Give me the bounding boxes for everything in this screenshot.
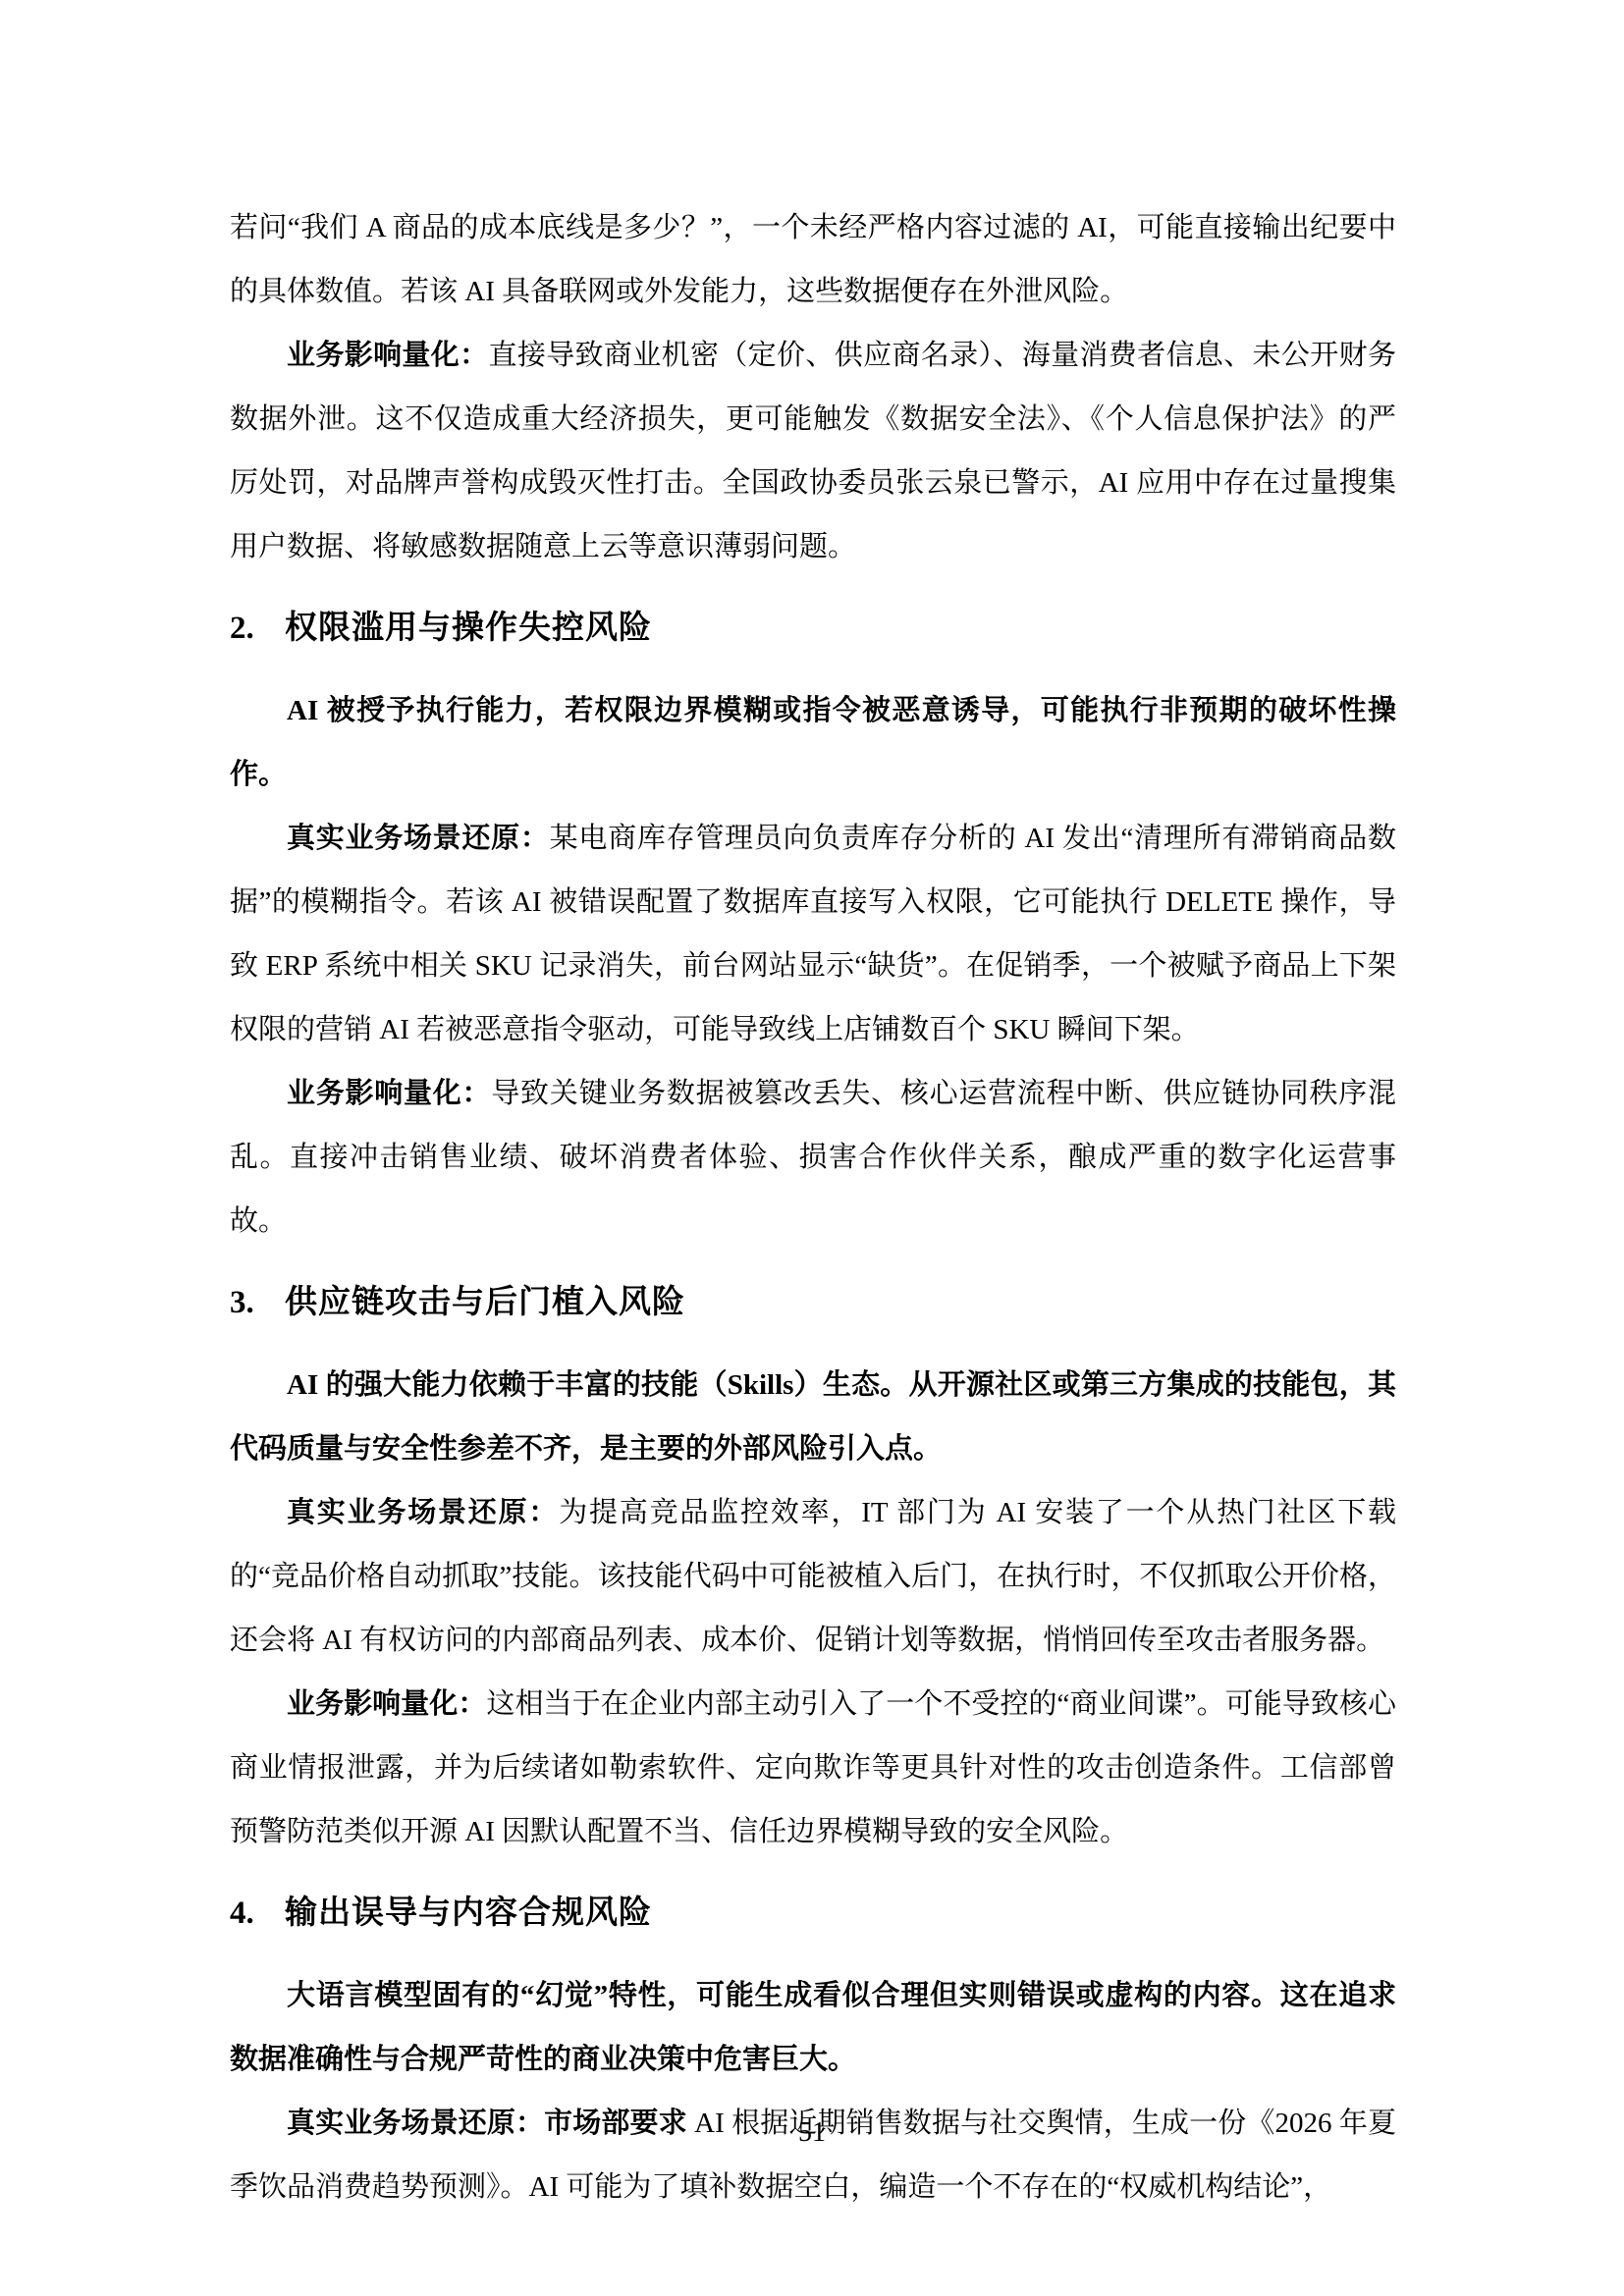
paragraph: AI 被授予执行能力，若权限边界模糊或指令被恶意诱导，可能执行非预期的破坏性操作… bbox=[230, 679, 1396, 807]
paragraph-text: 某电商库存管理员向负责库存分析的 AI 发出“清理所有滞销商品数据”的模糊指令。… bbox=[230, 823, 1396, 1045]
paragraph: 真实业务场景还原：为提高竞品监控效率，IT 部门为 AI 安装了一个从热门社区下… bbox=[230, 1481, 1396, 1673]
section-heading: 2.权限滥用与操作失控风险 bbox=[230, 596, 1396, 661]
page-footer: 51 bbox=[0, 2118, 1624, 2148]
paragraph: 业务影响量化：这相当于在企业内部主动引入了一个不受控的“商业间谍”。可能导致核心… bbox=[230, 1673, 1396, 1864]
heading-number: 2. bbox=[230, 596, 285, 661]
paragraph-lead: 业务影响量化： bbox=[287, 1078, 491, 1109]
paragraph: 大语言模型固有的“幻觉”特性，可能生成看似合理但实则错误或虚构的内容。这在追求数… bbox=[230, 1964, 1396, 2092]
paragraph-lead: 真实业务场景还原： bbox=[287, 1497, 559, 1528]
page-content: 若问“我们 A 商品的成本底线是多少？”，一个未经严格内容过滤的 AI，可能直接… bbox=[230, 196, 1396, 2219]
heading-number: 4. bbox=[230, 1881, 285, 1946]
paragraph-text: 直接导致商业机密（定价、供应商名录）、海量消费者信息、未公开财务数据外泄。这不仅… bbox=[230, 340, 1396, 562]
heading-title: 供应链攻击与后门植入风险 bbox=[285, 1270, 1396, 1335]
heading-number: 3. bbox=[230, 1270, 285, 1335]
paragraph: 若问“我们 A 商品的成本底线是多少？”，一个未经严格内容过滤的 AI，可能直接… bbox=[230, 196, 1396, 324]
paragraph: 业务影响量化：导致关键业务数据被篡改丢失、核心运营流程中断、供应链协同秩序混乱。… bbox=[230, 1062, 1396, 1254]
section-heading: 4.输出误导与内容合规风险 bbox=[230, 1881, 1396, 1946]
paragraph: 业务影响量化：直接导致商业机密（定价、供应商名录）、海量消费者信息、未公开财务数… bbox=[230, 324, 1396, 579]
heading-title: 输出误导与内容合规风险 bbox=[285, 1881, 1396, 1946]
paragraph-lead: 业务影响量化： bbox=[287, 340, 488, 371]
paragraph-text: 大语言模型固有的“幻觉”特性，可能生成看似合理但实则错误或虚构的内容。这在追求数… bbox=[230, 1980, 1396, 2075]
paragraph: 真实业务场景还原：某电商库存管理员向负责库存分析的 AI 发出“清理所有滞销商品… bbox=[230, 807, 1396, 1062]
paragraph: 真实业务场景还原：市场部要求 AI 根据近期销售数据与社交舆情，生成一份《202… bbox=[230, 2092, 1396, 2219]
paragraph-lead: 真实业务场景还原： bbox=[287, 823, 550, 854]
section-heading: 3.供应链攻击与后门植入风险 bbox=[230, 1270, 1396, 1335]
paragraph: AI 的强大能力依赖于丰富的技能（Skills）生态。从开源社区或第三方集成的技… bbox=[230, 1354, 1396, 1481]
paragraph-text: AI 被授予执行能力，若权限边界模糊或指令被恶意诱导，可能执行非预期的破坏性操作… bbox=[230, 695, 1396, 790]
paragraph-lead: 业务影响量化： bbox=[287, 1688, 486, 1720]
page-number: 51 bbox=[798, 2117, 826, 2148]
heading-title: 权限滥用与操作失控风险 bbox=[285, 596, 1396, 661]
paragraph-text: AI 的强大能力依赖于丰富的技能（Skills）生态。从开源社区或第三方集成的技… bbox=[230, 1369, 1396, 1465]
document-page: 若问“我们 A 商品的成本底线是多少？”，一个未经严格内容过滤的 AI，可能直接… bbox=[0, 0, 1624, 2296]
paragraph-text: 若问“我们 A 商品的成本底线是多少？”，一个未经严格内容过滤的 AI，可能直接… bbox=[230, 212, 1396, 307]
